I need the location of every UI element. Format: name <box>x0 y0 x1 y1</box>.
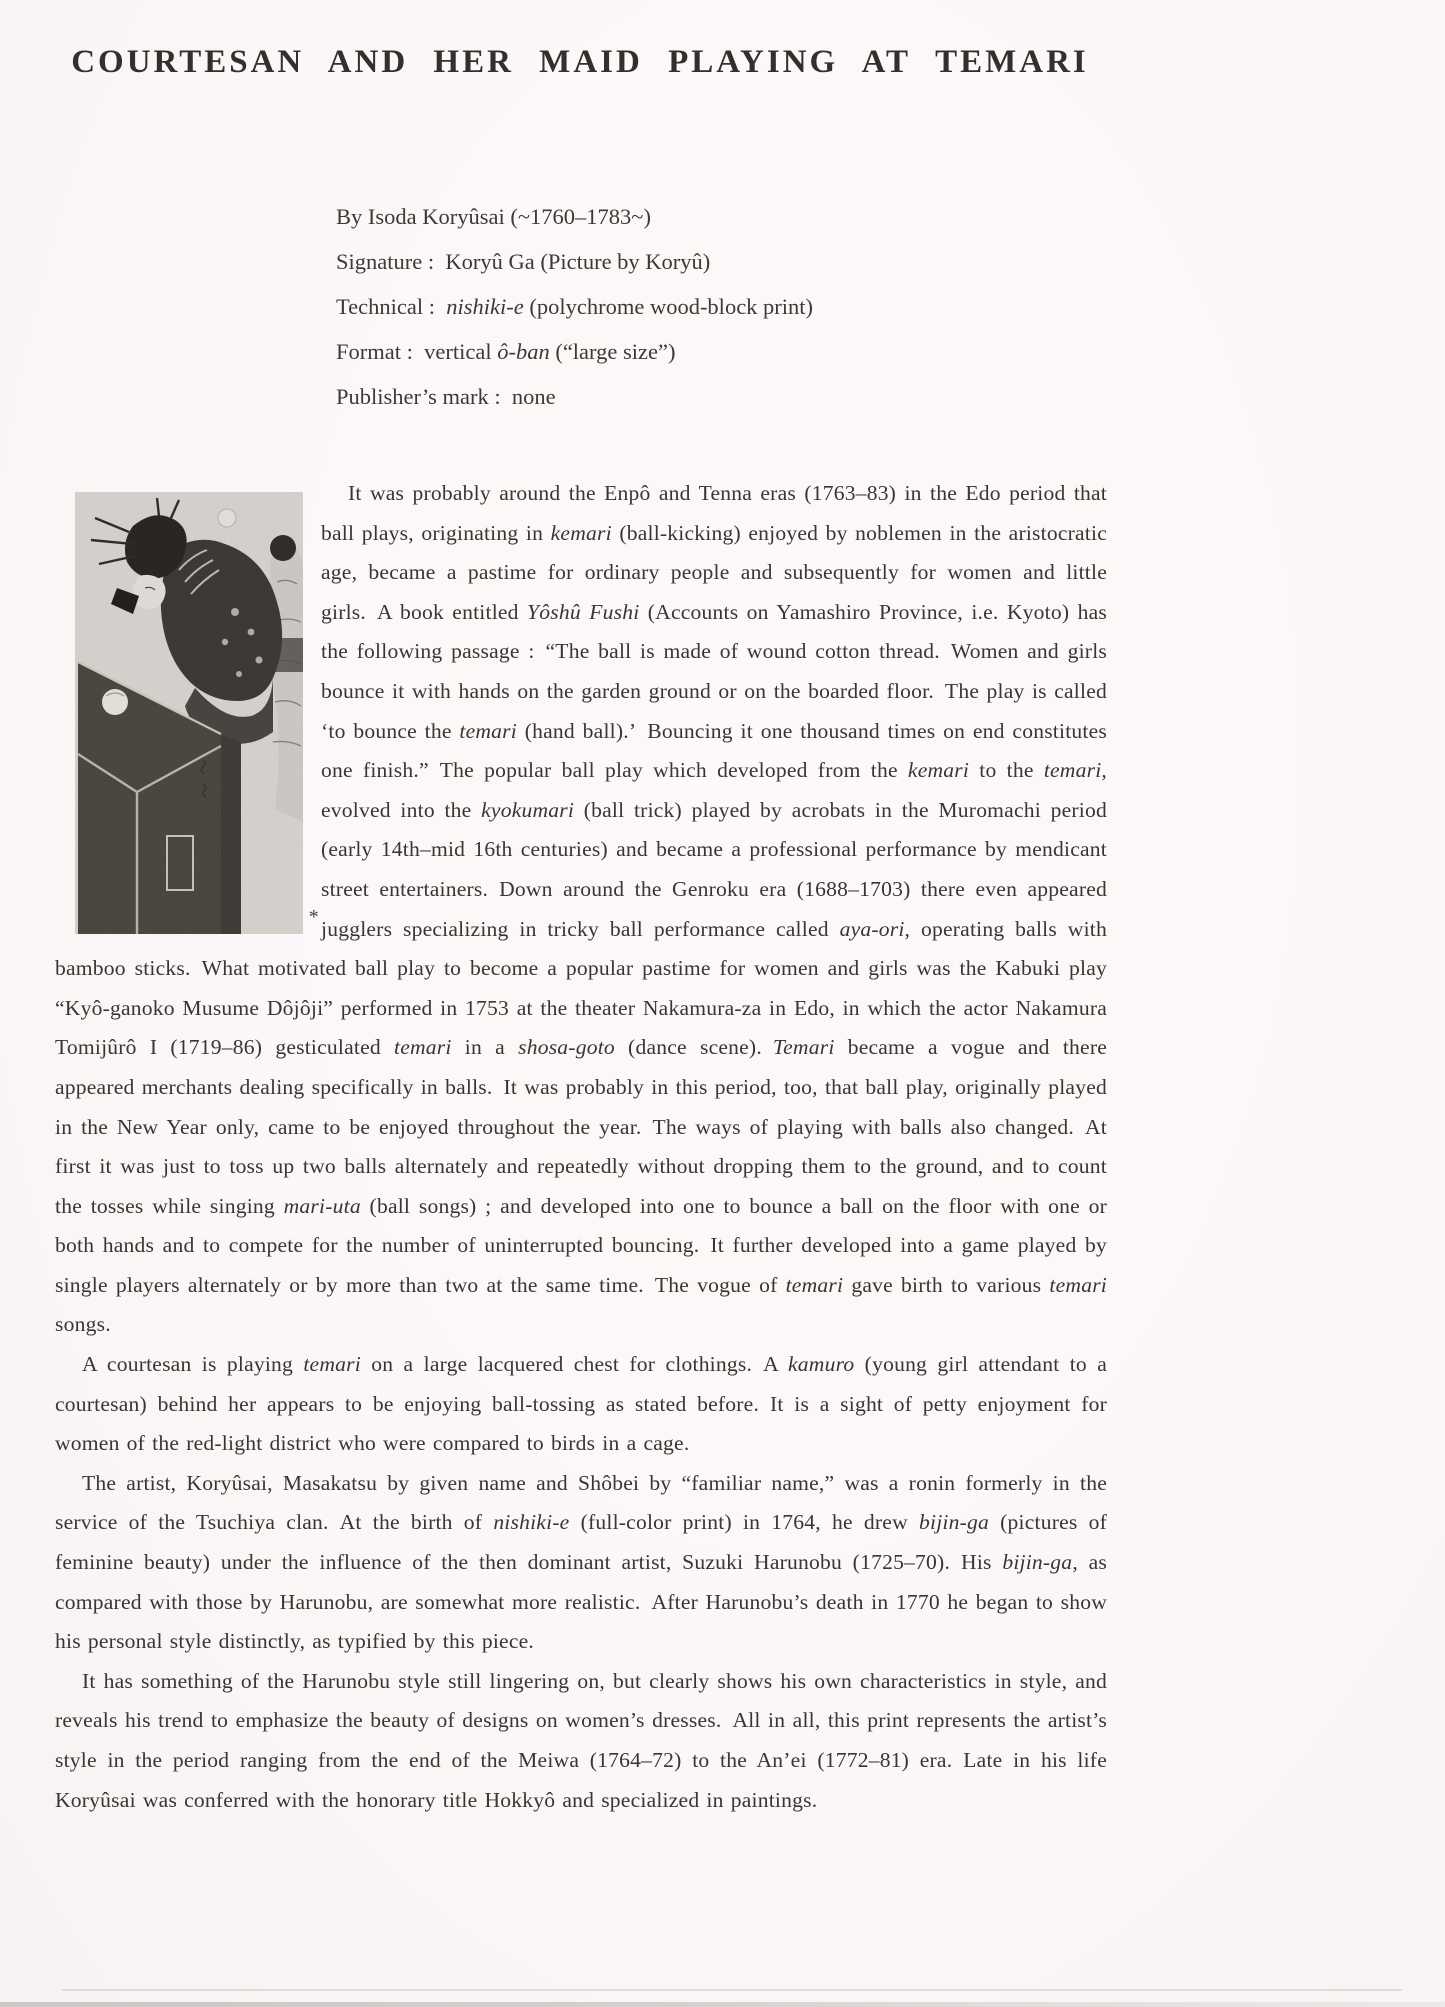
scan-bottom-edge <box>0 2002 1445 2007</box>
metadata-line-publisher: Publisher’s mark : none <box>336 374 813 419</box>
metadata-block: By Isoda Koryûsai (~1760–1783~) Signatur… <box>336 194 813 419</box>
metadata-line-format: Format : vertical ô-ban (“large size”) <box>336 329 813 374</box>
paragraph-artist-biography: The artist, Koryûsai, Masakatsu by given… <box>55 1464 1107 1662</box>
paragraph-style-assessment: It has something of the Harunobu style s… <box>55 1662 1107 1820</box>
metadata-line-technical: Technical : nishiki-e (polychrome wood-b… <box>336 284 813 329</box>
scan-artifact-line <box>62 1989 1402 1991</box>
page-title: COURTESAN AND HER MAID PLAYING AT TEMARI <box>55 44 1105 81</box>
woodblock-print-illustration <box>75 492 303 934</box>
metadata-line-signature: Signature : Koryû Ga (Picture by Koryû) <box>336 239 813 284</box>
paragraph-scene-description: A courtesan is playing temari on a large… <box>55 1345 1107 1464</box>
footnote-asterisk: * <box>309 898 319 938</box>
document-page: COURTESAN AND HER MAID PLAYING AT TEMARI… <box>0 0 1445 2007</box>
print-image: * <box>75 492 303 934</box>
article-body: * It was probably around the Enpô and Te… <box>55 474 1107 1820</box>
metadata-line-by: By Isoda Koryûsai (~1760–1783~) <box>336 194 813 239</box>
